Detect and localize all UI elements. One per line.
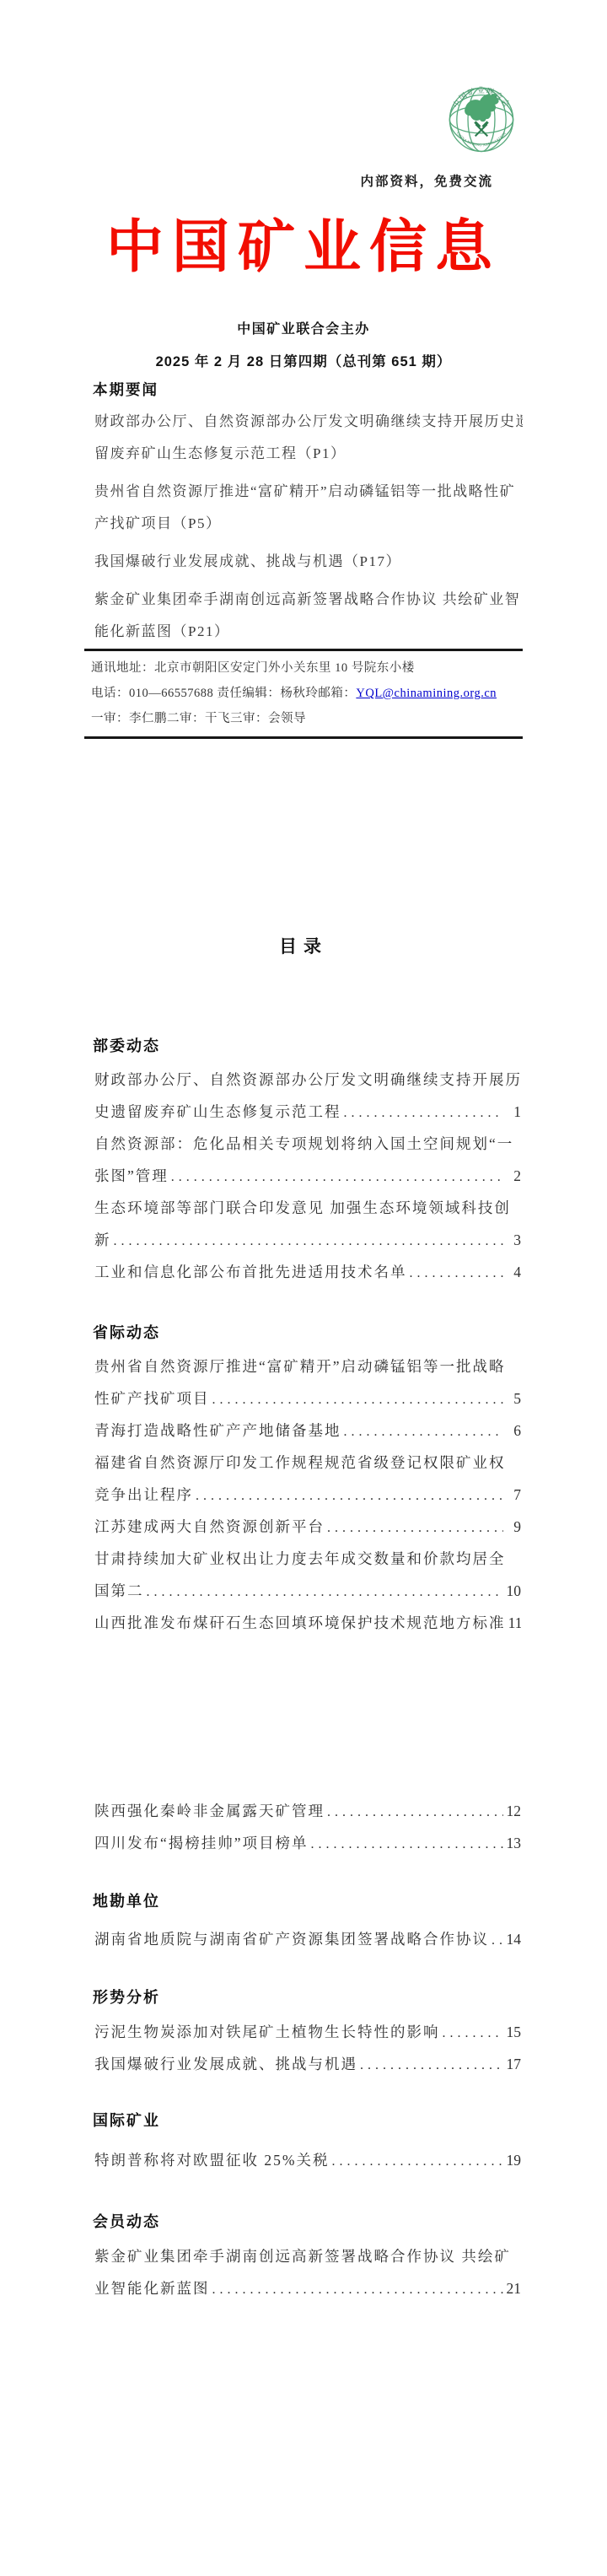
- toc-dot-leader: [212, 1384, 504, 1415]
- toc-section-heading-provinces: 省际动态: [93, 1321, 160, 1343]
- toc-dot-leader: [327, 1512, 503, 1543]
- toc-entry-text: 四川发布“揭榜挂帅”项目榜单: [94, 1827, 309, 1859]
- contact-box: 通讯地址：北京市朝阳区安定门外小关东里 10 号院东小楼 电话：010—6655…: [84, 649, 523, 739]
- toc-entry-line: 甘肃持续加大矿业权出让力度去年成交数量和价款均居全: [94, 1543, 521, 1575]
- toc-entry-text: 山西批准发布煤矸石生态回填环境保护技术规范地方标准: [94, 1607, 506, 1639]
- china-map-shape: [465, 94, 498, 121]
- toc-section-international-mining: 特朗普称将对欧盟征收 25%关税 19: [94, 2144, 521, 2176]
- toc-entry-line: 湖南省地质院与湖南省矿产资源集团签署战略合作协议 14: [94, 1923, 521, 1955]
- highlight-item: 紫金矿业集团牵手湖南创远高新签署战略合作协议 共绘矿业智 能化新蓝图（P21）: [94, 584, 523, 648]
- toc-entry-line: 张图”管理 2: [94, 1160, 521, 1192]
- highlight-line: 留废弃矿山生态修复示范工程（P1）: [94, 438, 523, 470]
- toc-entry-line: 财政部办公厅、自然资源部办公厅发文明确继续支持开展历: [94, 1064, 521, 1096]
- toc-entry-text: 甘肃持续加大矿业权出让力度去年成交数量和价款均居全: [94, 1543, 506, 1575]
- toc-entry-text: 自然资源部：危化品相关专项规划将纳入国土空间规划“一: [94, 1128, 513, 1160]
- toc-dot-leader: [410, 1258, 504, 1288]
- toc-dot-leader: [331, 2146, 503, 2176]
- toc-entry-text: 业智能化新蓝图: [94, 2272, 210, 2304]
- toc-entry-line: 自然资源部：危化品相关专项规划将纳入国土空间规划“一: [94, 1128, 521, 1160]
- toc-entry-text: 湖南省地质院与湖南省矿产资源集团签署战略合作协议: [94, 1923, 489, 1955]
- toc-section-provinces-continued: 陕西强化秦岭非金属露天矿管理 12 四川发布“揭榜挂帅”项目榜单 13: [94, 1795, 521, 1859]
- toc-section-member-news: 紫金矿业集团牵手湖南创远高新签署战略合作协议 共绘矿 业智能化新蓝图 21: [94, 2240, 521, 2304]
- toc-entry-text: 新: [94, 1224, 111, 1256]
- toc-entry-page: 15: [506, 2016, 521, 2048]
- toc-entry-page: 19: [506, 2144, 521, 2176]
- toc-entry-text: 工业和信息化部公布首批先进适用技术名单: [94, 1256, 407, 1288]
- toc-entry-page: 13: [506, 1827, 521, 1859]
- toc-section-situation-analysis: 污泥生物炭添加对铁尾矿土植物生长特性的影响 15 我国爆破行业发展成就、挑战与机…: [94, 2016, 521, 2080]
- toc-dot-leader: [147, 1576, 504, 1607]
- toc-entry-line: 竞争出让程序 7: [94, 1479, 521, 1511]
- toc-entry-line: 青海打造战略性矿产产地储备基地 6: [94, 1415, 521, 1447]
- toc-entry-line: 山西批准发布煤矸石生态回填环境保护技术规范地方标准 11: [94, 1607, 521, 1639]
- toc-entry-text: 竞争出让程序: [94, 1479, 193, 1511]
- toc-dot-leader: [344, 1097, 504, 1128]
- toc-entry-line: 业智能化新蓝图 21: [94, 2272, 521, 2304]
- toc-entry-line: 我国爆破行业发展成就、挑战与机遇 17: [94, 2048, 521, 2080]
- toc-dot-leader: [344, 1416, 504, 1447]
- toc-dot-leader: [443, 2018, 504, 2048]
- toc-entry-text: 陕西强化秦岭非金属露天矿管理: [94, 1795, 325, 1827]
- toc-title: 目录: [84, 933, 523, 958]
- toc-section-heading-member-news: 会员动态: [93, 2210, 160, 2232]
- toc-entry-text: 我国爆破行业发展成就、挑战与机遇: [94, 2048, 357, 2080]
- toc-entry-page: 5: [506, 1382, 521, 1415]
- toc-entry-text: 青海打造战略性矿产产地储备基地: [94, 1415, 341, 1447]
- toc-entry-text: 江苏建成两大自然资源创新平台: [94, 1511, 325, 1543]
- china-mining-association-logo-icon: 中国矿业联合会 CHINA MINING ASSOCIATION: [442, 73, 521, 164]
- toc-section-geological-units: 湖南省地质院与湖南省矿产资源集团签署战略合作协议 14: [94, 1923, 521, 1955]
- toc-section-provinces: 贵州省自然资源厅推进“富矿精开”启动磷锰铝等一批战略 性矿产找矿项目 5 青海打…: [94, 1350, 521, 1639]
- issue-line: 2025 年 2 月 28 日第四期（总刊第 651 期）: [84, 350, 523, 370]
- toc-entry-text: 紫金矿业集团牵手湖南创远高新签署战略合作协议 共绘矿: [94, 2240, 511, 2272]
- toc-entry-line: 新 3: [94, 1224, 521, 1256]
- toc-entry-text: 性矿产找矿项目: [94, 1382, 210, 1415]
- toc-entry-page: 12: [506, 1795, 521, 1827]
- toc-entry-line: 污泥生物炭添加对铁尾矿土植物生长特性的影响 15: [94, 2016, 521, 2048]
- toc-section-heading-international-mining: 国际矿业: [93, 2109, 160, 2131]
- publisher-line: 中国矿业联合会主办: [84, 318, 523, 337]
- toc-entry-page: 21: [506, 2272, 521, 2304]
- internal-notice: 内部资料，免费交流: [84, 171, 493, 190]
- toc-entry-line: 四川发布“揭榜挂帅”项目榜单 13: [94, 1827, 521, 1859]
- toc-dot-leader: [171, 1161, 503, 1192]
- highlights-heading: 本期要闻: [93, 379, 158, 400]
- highlights-list: 财政部办公厅、自然资源部办公厅发文明确继续支持开展历史遗 留废弃矿山生态修复示范…: [94, 406, 523, 654]
- toc-dot-leader: [492, 1925, 503, 1955]
- toc-entry-page: 6: [506, 1415, 521, 1447]
- highlight-item: 我国爆破行业发展成就、挑战与机遇（P17）: [94, 546, 523, 578]
- toc-dot-leader: [311, 1829, 503, 1859]
- contact-email-link[interactable]: YQL@chinamining.org.cn: [356, 687, 497, 700]
- contact-phone-editor-text: 电话：010—66557688 责任编辑：杨秋玲邮箱：: [91, 687, 356, 700]
- toc-entry-line: 特朗普称将对欧盟征收 25%关税 19: [94, 2144, 521, 2176]
- toc-entry-line: 性矿产找矿项目 5: [94, 1382, 521, 1415]
- toc-dot-leader: [360, 2050, 503, 2080]
- toc-section-heading-geological-units: 地勘单位: [93, 1889, 160, 1911]
- toc-dot-leader: [212, 2274, 504, 2304]
- contact-address: 通讯地址：北京市朝阳区安定门外小关东里 10 号院东小楼: [91, 655, 516, 681]
- newsletter-page: 中国矿业联合会 CHINA MINING ASSOCIATION 内部资料，免费…: [0, 0, 607, 2576]
- toc-entry-line: 生态环境部等部门联合印发意见 加强生态环境领域科技创: [94, 1192, 521, 1224]
- toc-entry-text: 生态环境部等部门联合印发意见 加强生态环境领域科技创: [94, 1192, 511, 1224]
- newsletter-title: 中国矿业信息: [84, 209, 523, 285]
- toc-entry-line: 紫金矿业集团牵手湖南创远高新签署战略合作协议 共绘矿: [94, 2240, 521, 2272]
- toc-entry-line: 江苏建成两大自然资源创新平台 9: [94, 1511, 521, 1543]
- highlight-item: 财政部办公厅、自然资源部办公厅发文明确继续支持开展历史遗 留废弃矿山生态修复示范…: [94, 406, 523, 470]
- toc-entry-text: 史遗留废弃矿山生态修复示范工程: [94, 1096, 341, 1128]
- toc-entry-line: 工业和信息化部公布首批先进适用技术名单 4: [94, 1256, 521, 1288]
- contact-review-line: 一审：李仁鹏二审：干飞三审：会领导: [91, 706, 516, 731]
- toc-entry-text: 特朗普称将对欧盟征收 25%关税: [94, 2144, 329, 2176]
- toc-entry-page: 9: [506, 1511, 521, 1543]
- highlight-line: 能化新蓝图（P21）: [94, 616, 523, 648]
- toc-entry-page: 14: [506, 1923, 521, 1955]
- highlight-line: 产找矿项目（P5）: [94, 508, 523, 540]
- toc-entry-text: 污泥生物炭添加对铁尾矿土植物生长特性的影响: [94, 2016, 440, 2048]
- toc-entry-page: 2: [506, 1160, 521, 1192]
- toc-entry-page: 4: [506, 1256, 521, 1288]
- toc-entry-line: 陕西强化秦岭非金属露天矿管理 12: [94, 1795, 521, 1827]
- toc-entry-page: 1: [506, 1096, 521, 1128]
- toc-entry-page: 7: [506, 1479, 521, 1511]
- toc-section-heading-ministries: 部委动态: [93, 1034, 160, 1056]
- toc-entry-page: 17: [506, 2048, 521, 2080]
- toc-section-heading-situation-analysis: 形势分析: [93, 1986, 160, 2007]
- highlight-line: 我国爆破行业发展成就、挑战与机遇（P17）: [94, 546, 523, 578]
- toc-dot-leader: [114, 1226, 504, 1256]
- toc-entry-text: 福建省自然资源厅印发工作规程规范省级登记权限矿业权: [94, 1447, 506, 1479]
- toc-entry-line: 史遗留废弃矿山生态修复示范工程 1: [94, 1096, 521, 1128]
- toc-entry-text: 贵州省自然资源厅推进“富矿精开”启动磷锰铝等一批战略: [94, 1350, 506, 1382]
- toc-entry-text: 国第二: [94, 1575, 144, 1607]
- toc-dot-leader: [327, 1797, 503, 1827]
- toc-entry-line: 贵州省自然资源厅推进“富矿精开”启动磷锰铝等一批战略: [94, 1350, 521, 1382]
- toc-entry-line: 国第二 10: [94, 1575, 521, 1607]
- toc-dot-leader: [196, 1480, 503, 1511]
- toc-section-ministries: 财政部办公厅、自然资源部办公厅发文明确继续支持开展历 史遗留废弃矿山生态修复示范…: [94, 1064, 521, 1288]
- highlight-item: 贵州省自然资源厅推进“富矿精开”启动磷锰铝等一批战略性矿 产找矿项目（P5）: [94, 476, 523, 540]
- toc-entry-page: 10: [506, 1575, 521, 1607]
- contact-phone-line: 电话：010—66557688 责任编辑：杨秋玲邮箱：YQL@chinamini…: [91, 681, 516, 706]
- toc-entry-page: 11: [508, 1607, 522, 1639]
- highlight-line: 紫金矿业集团牵手湖南创远高新签署战略合作协议 共绘矿业智: [94, 584, 523, 616]
- toc-entry-text: 张图”管理: [94, 1160, 169, 1192]
- crossed-hammers-icon: [474, 121, 489, 137]
- highlight-line: 财政部办公厅、自然资源部办公厅发文明确继续支持开展历史遗: [94, 406, 523, 438]
- toc-entry-page: 3: [506, 1224, 521, 1256]
- toc-entry-text: 财政部办公厅、自然资源部办公厅发文明确继续支持开展历: [94, 1064, 521, 1096]
- highlight-line: 贵州省自然资源厅推进“富矿精开”启动磷锰铝等一批战略性矿: [94, 476, 523, 508]
- toc-entry-line: 福建省自然资源厅印发工作规程规范省级登记权限矿业权: [94, 1447, 521, 1479]
